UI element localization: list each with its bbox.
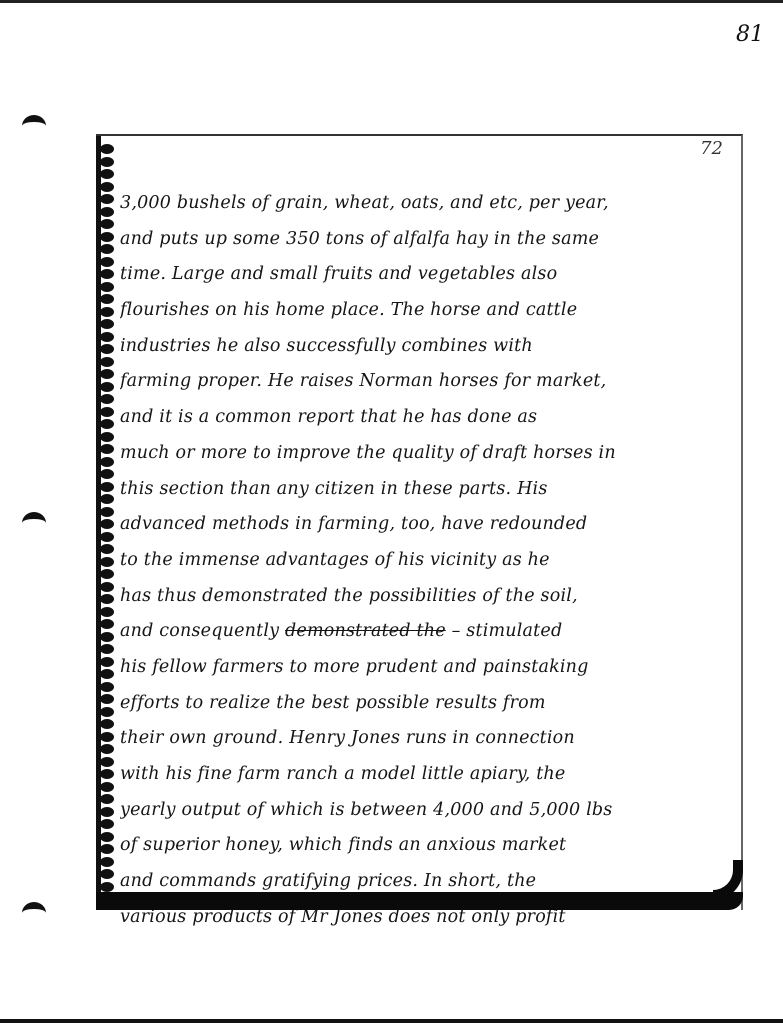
spiral-coil-icon: [100, 419, 114, 429]
text-line: farming proper. He raises Norman horses …: [120, 364, 732, 400]
spiral-coil-icon: [100, 732, 114, 742]
handwritten-text: 3,000 bushels of grain, wheat, oats, and…: [120, 186, 732, 935]
text-line: much or more to improve the quality of d…: [120, 436, 732, 472]
spiral-coil-icon: [100, 557, 114, 567]
spiral-coil-icon: [100, 319, 114, 329]
spiral-coil-icon: [100, 644, 114, 654]
spiral-coil-icon: [100, 757, 114, 767]
spiral-coil-icon: [100, 494, 114, 504]
spiral-coil-icon: [100, 582, 114, 592]
spiral-coil-icon: [100, 507, 114, 517]
spiral-coil-icon: [100, 157, 114, 167]
spiral-coil-icon: [100, 294, 114, 304]
spiral-coil-icon: [100, 807, 114, 817]
text-line: this section than any citizen in these p…: [120, 472, 732, 508]
text-line: time. Large and small fruits and vegetab…: [120, 257, 732, 293]
spiral-coil-icon: [100, 482, 114, 492]
spiral-coil-icon: [100, 307, 114, 317]
spiral-coil-icon: [100, 344, 114, 354]
spiral-coil-icon: [100, 694, 114, 704]
struck-out-text: demonstrated the: [285, 621, 446, 641]
spiral-coil-icon: [100, 282, 114, 292]
text-line-with-strikeout: and consequently demonstrated the – stim…: [120, 614, 732, 650]
spiral-coil-icon: [100, 244, 114, 254]
spiral-coil-icon: [100, 657, 114, 667]
spiral-coil-icon: [100, 882, 114, 892]
text-line: has thus demonstrated the possibilities …: [120, 579, 732, 615]
text-line: and puts up some 350 tons of alfalfa hay…: [120, 222, 732, 258]
spiral-coil-icon: [100, 669, 114, 679]
spiral-coil-icon: [100, 594, 114, 604]
text-fragment: and consequently: [120, 621, 279, 641]
spiral-coil-icon: [100, 169, 114, 179]
text-line: to the immense advantages of his vicinit…: [120, 543, 732, 579]
text-line: flourishes on his home place. The horse …: [120, 293, 732, 329]
notebook-page-number: 72: [700, 138, 723, 159]
spiral-coil-icon: [100, 144, 114, 154]
spiral-coil-icon: [100, 219, 114, 229]
spiral-coil-icon: [100, 782, 114, 792]
spiral-coil-icon: [100, 382, 114, 392]
text-line: and it is a common report that he has do…: [120, 400, 732, 436]
binder-hole-icon: [22, 512, 46, 534]
spiral-coil-icon: [100, 719, 114, 729]
spiral-coil-icon: [100, 469, 114, 479]
spiral-coil-icon: [100, 332, 114, 342]
spiral-coil-icon: [100, 544, 114, 554]
spiral-coil-icon: [100, 769, 114, 779]
spiral-coil-icon: [100, 394, 114, 404]
text-fragment: –: [452, 621, 467, 641]
spiral-coil-icon: [100, 357, 114, 367]
binder-hole-icon: [22, 115, 46, 137]
scan-bottom-edge: [0, 1019, 783, 1023]
spiral-coil-icon: [100, 519, 114, 529]
spiral-coil-icon: [100, 607, 114, 617]
text-line: 3,000 bushels of grain, wheat, oats, and…: [120, 186, 732, 222]
text-line: yearly output of which is between 4,000 …: [120, 793, 732, 829]
archive-page-number: 81: [736, 22, 764, 47]
spiral-coil-icon: [100, 744, 114, 754]
binder-hole-icon: [22, 902, 46, 924]
spiral-coil-icon: [100, 269, 114, 279]
spiral-coil-icon: [100, 632, 114, 642]
spiral-coil-icon: [100, 257, 114, 267]
spiral-coil-icon: [100, 857, 114, 867]
spiral-coil-icon: [100, 532, 114, 542]
notebook-bottom-edge: [96, 892, 743, 910]
spiral-coil-icon: [100, 819, 114, 829]
spiral-coil-icon: [100, 432, 114, 442]
spiral-coil-icon: [100, 832, 114, 842]
spiral-binding-icon: [98, 144, 120, 894]
spiral-coil-icon: [100, 794, 114, 804]
spiral-coil-icon: [100, 619, 114, 629]
text-line: his fellow farmers to more prudent and p…: [120, 650, 732, 686]
text-line: their own ground. Henry Jones runs in co…: [120, 721, 732, 757]
spiral-coil-icon: [100, 457, 114, 467]
spiral-coil-icon: [100, 182, 114, 192]
text-line: of superior honey, which finds an anxiou…: [120, 828, 732, 864]
spiral-coil-icon: [100, 707, 114, 717]
text-fragment: stimulated: [466, 621, 562, 641]
scan-top-edge: [0, 0, 783, 3]
text-line: advanced methods in farming, too, have r…: [120, 507, 732, 543]
spiral-coil-icon: [100, 444, 114, 454]
text-line: with his fine farm ranch a model little …: [120, 757, 732, 793]
spiral-coil-icon: [100, 869, 114, 879]
text-line: efforts to realize the best possible res…: [120, 686, 732, 722]
notebook-page: 72 3,000 bushels of grain, wheat, oats, …: [96, 134, 743, 910]
spiral-coil-icon: [100, 844, 114, 854]
spiral-coil-icon: [100, 232, 114, 242]
spiral-coil-icon: [100, 369, 114, 379]
spiral-coil-icon: [100, 207, 114, 217]
text-line: industries he also successfully combines…: [120, 329, 732, 365]
spiral-coil-icon: [100, 569, 114, 579]
spiral-coil-icon: [100, 682, 114, 692]
spiral-coil-icon: [100, 407, 114, 417]
spiral-coil-icon: [100, 194, 114, 204]
